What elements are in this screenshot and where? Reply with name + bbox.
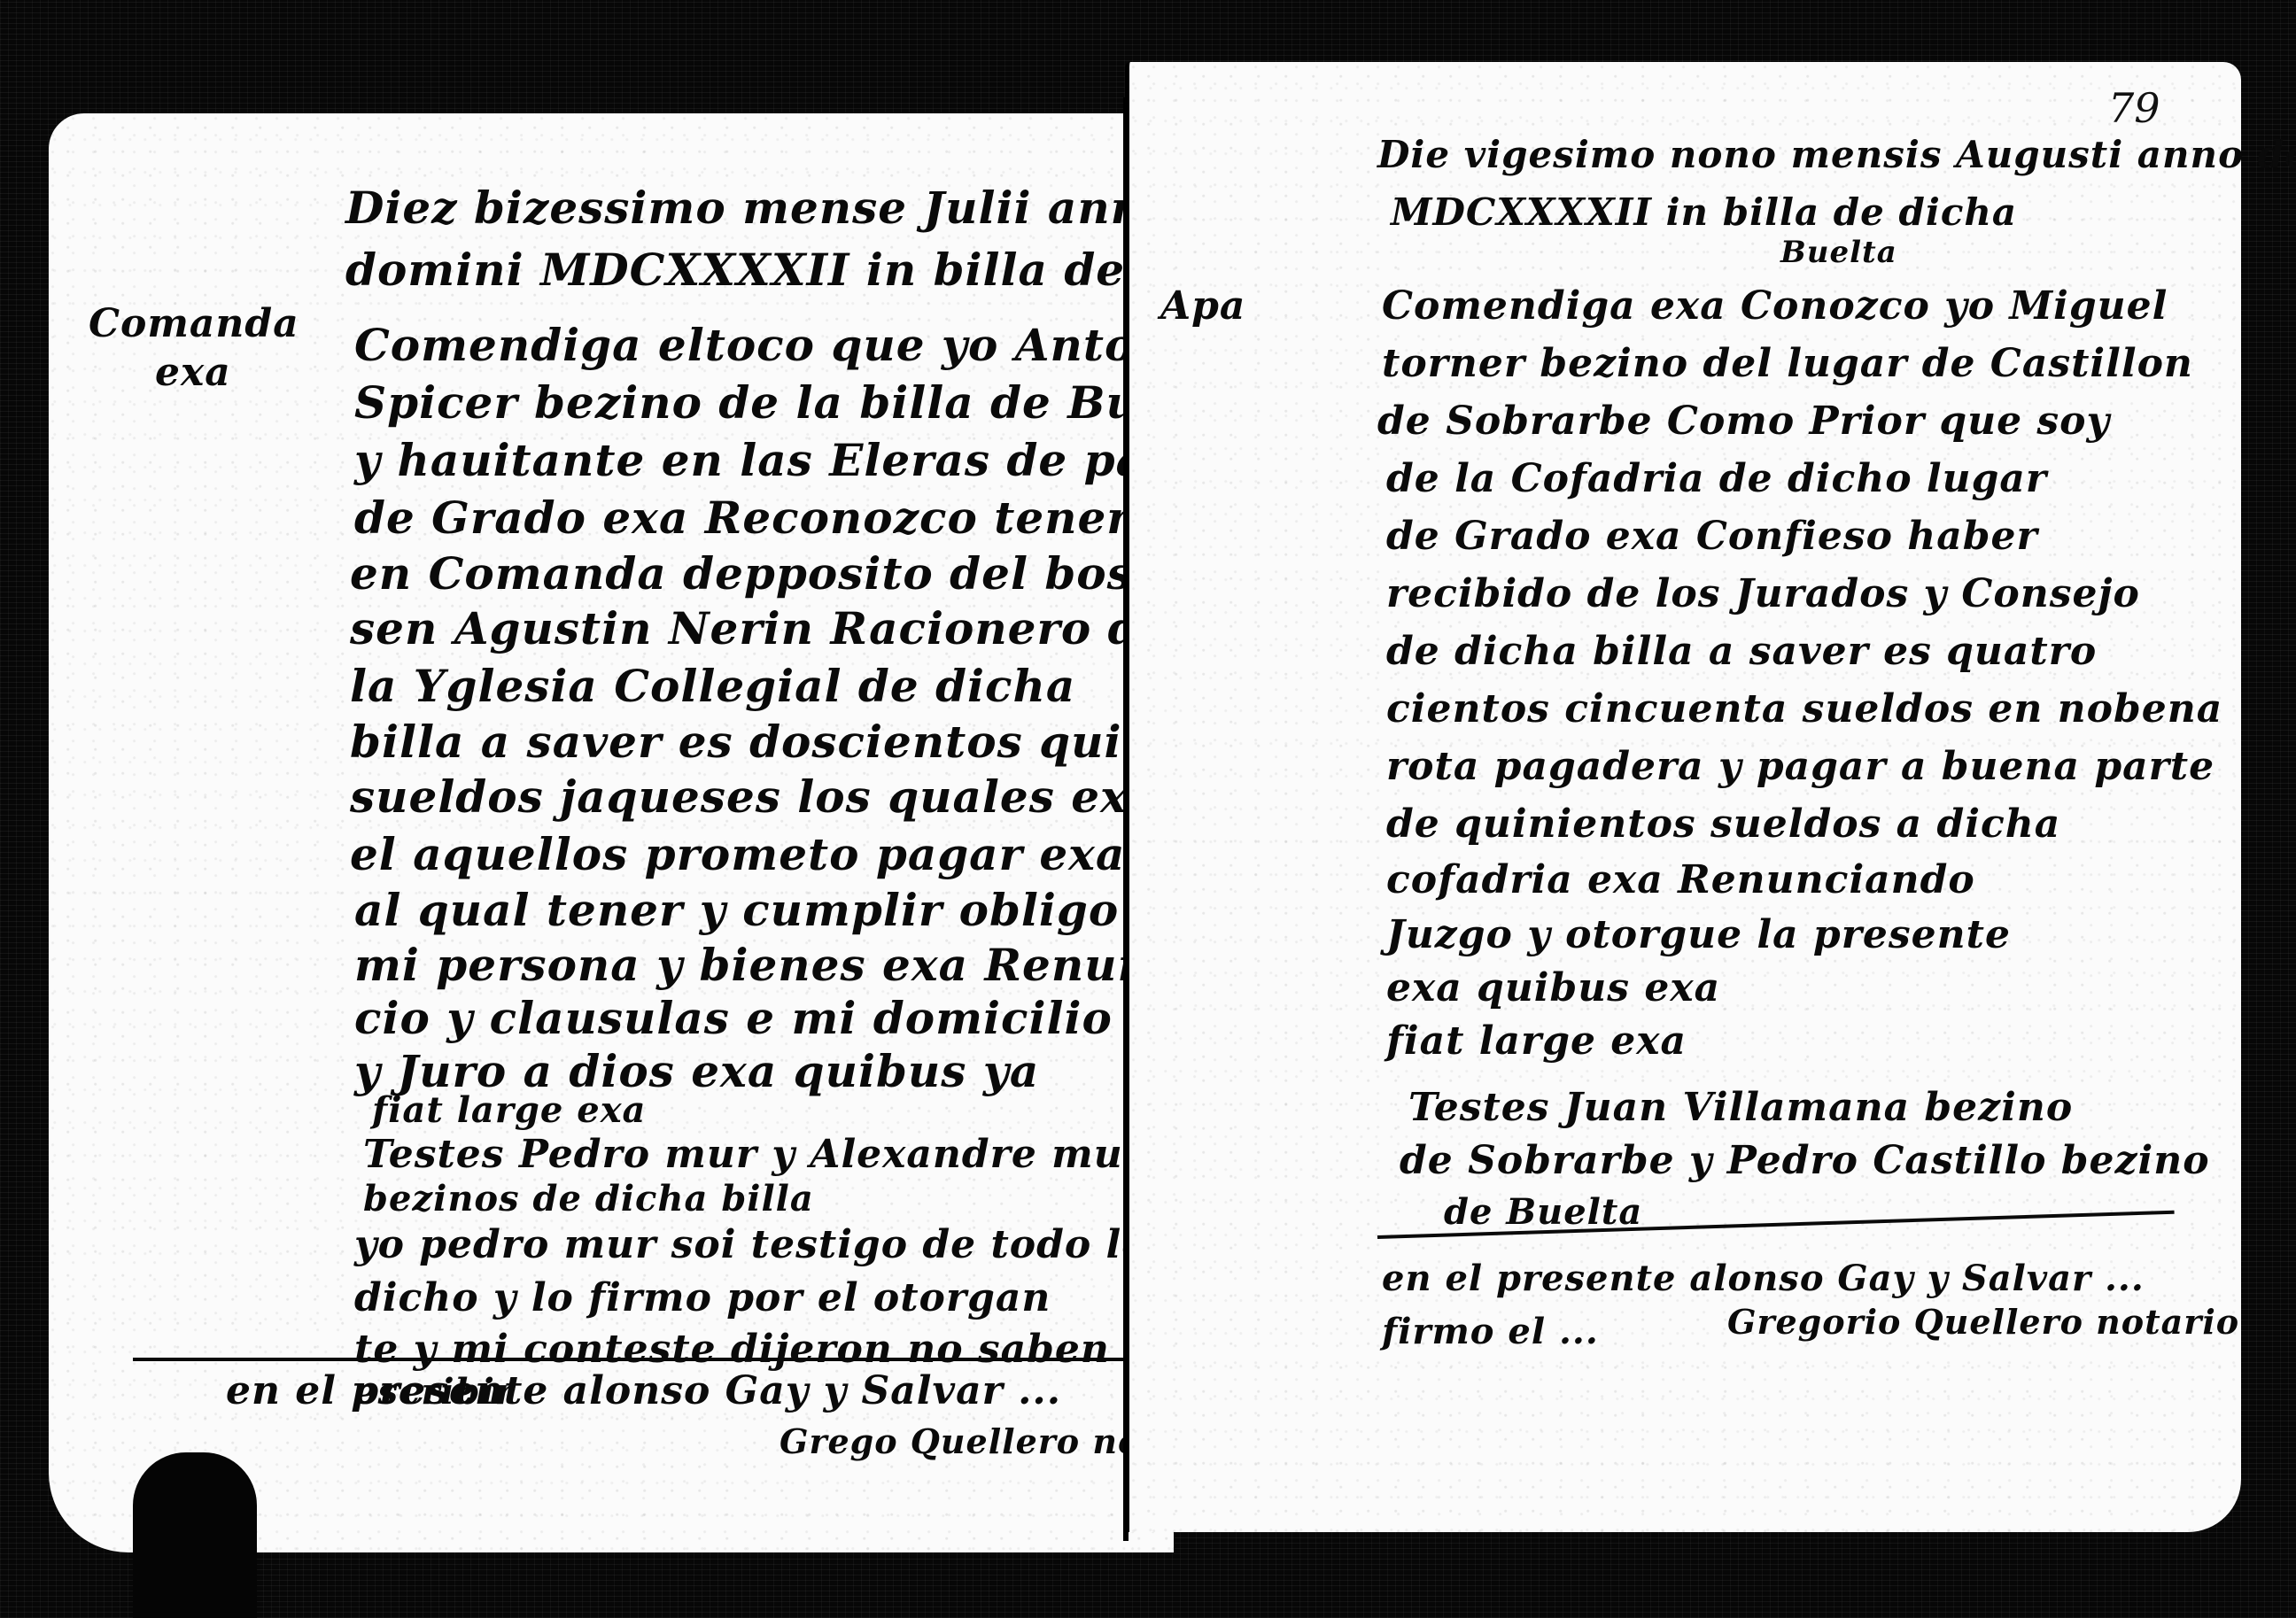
manuscript-line: sen Agustin Nerin Racionero de	[350, 602, 1168, 654]
manuscript-line: de dicha billa a saver es quatro	[1386, 629, 2097, 674]
margin-note: Comanda	[89, 301, 299, 346]
manuscript-line: de la Cofadria de dicho lugar	[1386, 456, 2047, 501]
header-line: MDCXXXXII in billa de dicha	[1391, 190, 2017, 234]
manuscript-line: Testes Juan Villamana bezino	[1408, 1085, 2073, 1130]
manuscript-line: cientos cincuenta sueldos en nobena	[1386, 686, 2222, 732]
manuscript-line: de quinientos sueldos a dicha	[1386, 801, 2060, 847]
manuscript-line: en Comanda depposito del bos mos	[350, 547, 1253, 600]
footer-line: en el presente alonso Gay y Salvar ...	[1382, 1258, 2145, 1299]
manuscript-line: exa quibus exa	[1386, 965, 1720, 1010]
page-damage	[133, 1452, 257, 1618]
manuscript-line: Testes Pedro mur y Alexandre mur	[363, 1132, 1144, 1177]
folio-number: 79	[2108, 84, 2160, 132]
separator-rule	[133, 1358, 1174, 1361]
manuscript-line: fiat large exa	[1386, 1018, 1687, 1064]
notary-signature: Gregorio Quellero notario	[1727, 1302, 2239, 1342]
manuscript-line: Juzgo y otorgue la presente	[1386, 912, 2011, 957]
margin-note: exa	[155, 350, 231, 395]
manuscript-line: el aquellos prometo pagar exa	[350, 828, 1125, 880]
manuscript-line: bezinos de dicha billa	[363, 1178, 814, 1219]
manuscript-line: yo pedro mur soi testigo de todo lo	[354, 1222, 1149, 1267]
manuscript-line: de Grado exa Reconozco tener	[354, 492, 1131, 544]
footer-line: firmo el ...	[1382, 1311, 1599, 1352]
margin-note: Apa	[1160, 283, 1245, 329]
manuscript-line: te y mi conteste dijeron no saben	[354, 1327, 1110, 1372]
manuscript-line: Diez bizessimo mense Julii anno	[345, 182, 1174, 234]
header-line: Buelta	[1780, 235, 1897, 270]
manuscript-line: de Sobrarbe y Pedro Castillo bezino	[1400, 1138, 2210, 1183]
manuscript-line: de Buelta	[1444, 1191, 1642, 1233]
manuscript-line: de Sobrarbe Como Prior que soy	[1377, 399, 2110, 444]
manuscript-line: torner bezino del lugar de Castillon	[1382, 341, 2193, 386]
manuscript-line: fiat large exa	[372, 1089, 646, 1131]
manuscript-line: cofadria exa Renunciando	[1386, 857, 1975, 902]
manuscript-line: Spicer bezino de la billa de Buelta	[354, 376, 1237, 429]
footer-line: en el presente alonso Gay y Salvar ...	[226, 1368, 1061, 1413]
header-line: Die vigesimo nono mensis Augusti anno do…	[1377, 133, 2296, 176]
manuscript-line: Comendiga exa Conozco yo Miguel	[1382, 283, 2168, 329]
manuscript-line: al qual tener y cumplir obligo	[354, 884, 1119, 936]
manuscript-line: cio y clausulas e mi domicilio exa	[354, 992, 1214, 1044]
manuscript-line: mi persona y bienes exa Renun	[354, 939, 1151, 991]
manuscript-line: recibido de los Jurados y Consejo	[1386, 571, 2140, 616]
manuscript-line: rota pagadera y pagar a buena parte	[1386, 744, 2215, 789]
manuscript-line: de Grado exa Confieso haber	[1386, 514, 2038, 559]
manuscript-line: dicho y lo firmo por el otorgan	[354, 1275, 1051, 1320]
manuscript-line: Comendiga eltoco que yo Anton	[354, 319, 1168, 371]
manuscript-line: sueldos jaqueses los quales exa	[350, 770, 1157, 823]
manuscript-line: la Yglesia Collegial de dicha	[350, 660, 1075, 712]
